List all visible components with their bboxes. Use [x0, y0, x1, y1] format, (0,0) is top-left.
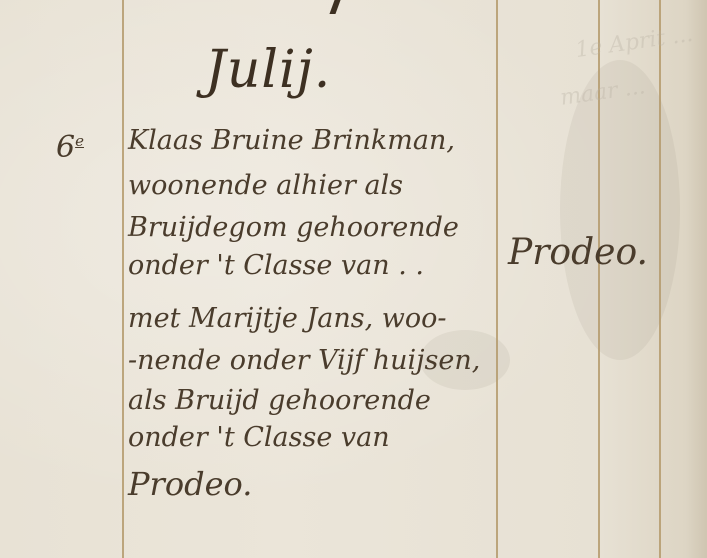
entry-line-bride-name: met Marijtje Jans, woo-	[128, 303, 447, 334]
day-suffix: e	[75, 132, 84, 150]
month-heading: Julij.	[205, 40, 331, 100]
entry-day: 6e	[56, 130, 84, 165]
entry-line-bride-role: als Bruijd gehoorende	[128, 385, 431, 416]
bleed-through-text: 1e Aprit ...	[574, 22, 695, 63]
entry-line-groom-residence: woonende alhier als	[128, 170, 403, 201]
column-rule-left	[122, 0, 124, 558]
entry-line-bride-residence: -nende onder Vijf huijsen,	[128, 345, 480, 376]
entry-line-bride-fee: Prodeo.	[128, 465, 252, 503]
document-page: 1e Aprit ... maar ... Julij. 6e Klaas Br…	[0, 0, 707, 558]
column-rule-4	[659, 0, 661, 558]
entry-line-groom-classis: onder 't Classe van . .	[128, 250, 424, 281]
ink-stroke-top	[329, 0, 340, 14]
column-rule-fee	[496, 0, 498, 558]
day-number: 6	[56, 130, 75, 165]
entry-line-bride-classis: onder 't Classe van	[128, 422, 390, 453]
entry-line-groom-role: Bruijdegom gehoorende	[128, 212, 459, 243]
fee-column-entry: Prodeo.	[508, 232, 648, 273]
entry-line-groom-name: Klaas Bruine Brinkman,	[128, 125, 455, 156]
